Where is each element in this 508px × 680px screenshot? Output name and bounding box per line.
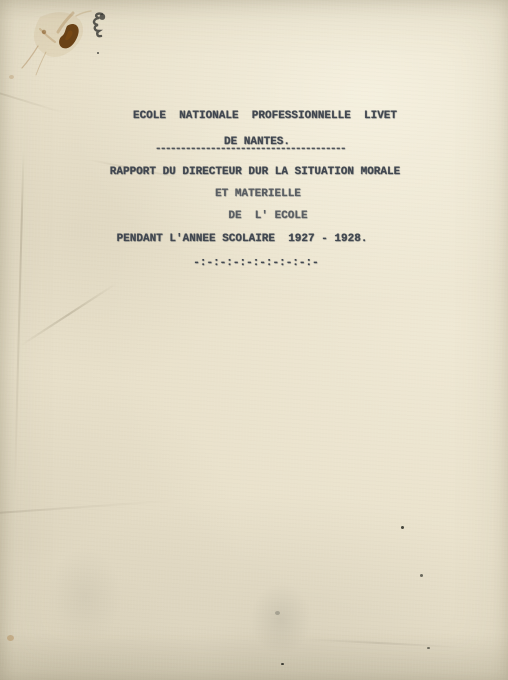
foxing-spot: [7, 635, 14, 641]
report-title-line-2: ET MATERIELLE: [4, 188, 508, 200]
paper-speck: [281, 663, 284, 665]
pencil-mark: [88, 10, 114, 44]
paper-grain-texture: [0, 0, 508, 680]
decorative-divider: -:-:-:-:-:-:-:-:-:-: [2, 257, 508, 269]
foxing-spot: [9, 75, 14, 79]
paper-speck: [420, 574, 423, 577]
heading-underline: --------------------------------------: [0, 143, 504, 155]
paper-speck: [427, 647, 430, 649]
report-period-line: PENDANT L'ANNEE SCOLAIRE 1927 - 1928.: [0, 233, 496, 245]
paper-speck: [97, 52, 99, 54]
paper-speck: [401, 526, 404, 529]
scanned-document-page: ECOLE NATIONALE PROFESSIONNELLE LIVET DE…: [0, 0, 508, 680]
report-title-line-3: DE L' ECOLE: [14, 210, 508, 222]
report-title-line-1: RAPPORT DU DIRECTEUR DUR LA SITUATION MO…: [1, 166, 508, 178]
paper-speck: [275, 611, 280, 615]
heading-school-name: ECOLE NATIONALE PROFESSIONNELLE LIVET: [11, 110, 508, 122]
